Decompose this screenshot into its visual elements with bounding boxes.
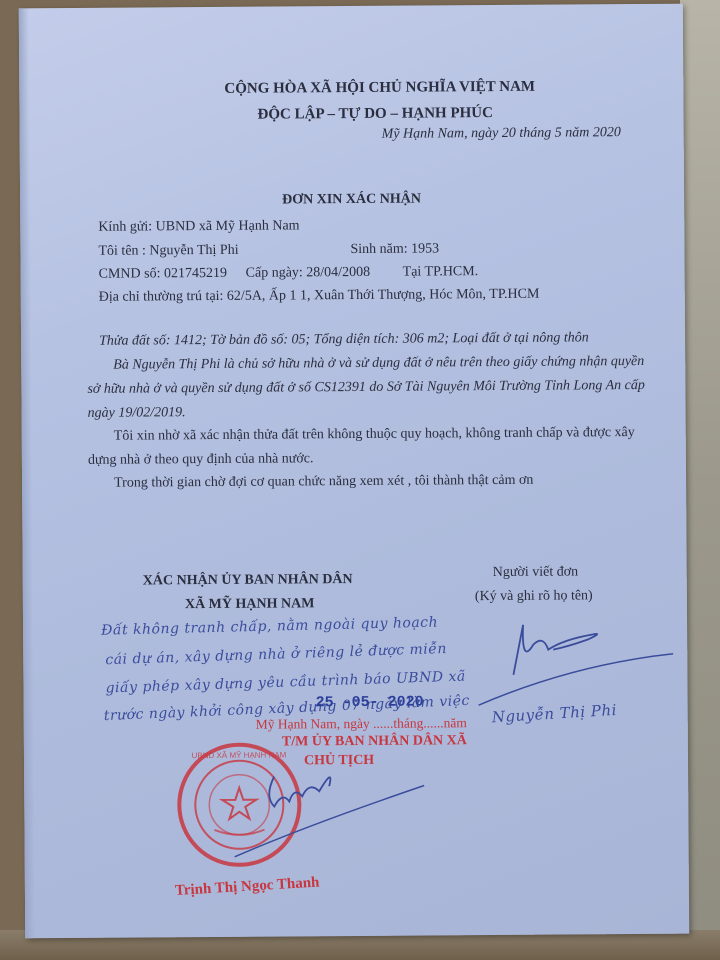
official-name: Trịnh Thị Ngọc Thanh — [175, 874, 320, 900]
closing-line: Trong thời gian chờ đợi cơ quan chức năn… — [114, 473, 533, 492]
applicant-label: Người viết đơn — [493, 564, 579, 581]
handwritten-note-line-3: giấy phép xây dựng yêu cầu trình báo UBN… — [105, 669, 466, 697]
paper-edge-shadow — [19, 8, 35, 938]
applicant-signature-icon — [473, 604, 674, 715]
request-line-2: dựng nhà ở theo quy định của nhà nước. — [88, 451, 314, 469]
id-number: CMND số: 021745219 — [99, 266, 227, 283]
recipient-line: Kính gửi: UBND xã Mỹ Hạnh Nam — [98, 218, 299, 235]
land-info: Thửa đất số: 1412; Tờ bản đồ số: 05; Tổn… — [99, 330, 589, 349]
handwritten-note-line-2: cái dự án, xây dựng nhà ở riêng lẻ được … — [105, 641, 447, 668]
official-signature-icon — [224, 745, 465, 867]
applicant-name: Tôi tên : Nguyễn Thị Phi — [98, 243, 238, 260]
address-line: Địa chỉ thường trú tại: 62/5A, Ấp 1 1, X… — [99, 287, 540, 306]
id-issue-date: Cấp ngày: 28/04/2008 — [246, 265, 371, 282]
country-heading: CỘNG HÒA XÃ HỘI CHỦ NGHĨA VIỆT NAM — [224, 79, 535, 98]
motto-heading: ĐỘC LẬP – TỰ DO – HẠNH PHÚC — [257, 105, 493, 124]
handwritten-note-line-1: Đất không tranh chấp, nằm ngoài quy hoạc… — [101, 614, 438, 638]
request-line-1: Tôi xin nhờ xã xác nhận thửa đất trên kh… — [114, 425, 635, 445]
birth-year: Sinh năm: 1953 — [350, 241, 439, 258]
place-date: Mỹ Hạnh Nam, ngày 20 tháng 5 năm 2020 — [382, 125, 621, 143]
document-title: ĐƠN XIN XÁC NHẬN — [282, 192, 421, 209]
signature-instruction: (Ký và ghi rõ họ tên) — [475, 588, 593, 605]
document-page: CỘNG HÒA XÃ HỘI CHỦ NGHĨA VIỆT NAM ĐỘC L… — [19, 4, 689, 939]
stamp-place-line: Mỹ Hạnh Nam, ngày ......tháng......năm — [256, 715, 467, 732]
ownership-line-1: Bà Nguyễn Thị Phi là chủ sở hữu nhà ở và… — [113, 354, 644, 374]
ownership-line-3: ngày 19/02/2019. — [88, 405, 186, 422]
commune-heading: XÃ MỸ HẠNH NAM — [185, 596, 315, 613]
id-issue-place: Tại TP.HCM. — [403, 264, 479, 281]
date-stamp: 25 -05- 2020 — [316, 694, 424, 712]
ownership-line-2: sở hữu nhà ở và quyền sử dụng đất ở số C… — [87, 378, 645, 398]
confirmation-heading: XÁC NHẬN ỦY BAN NHÂN DÂN — [143, 572, 353, 589]
